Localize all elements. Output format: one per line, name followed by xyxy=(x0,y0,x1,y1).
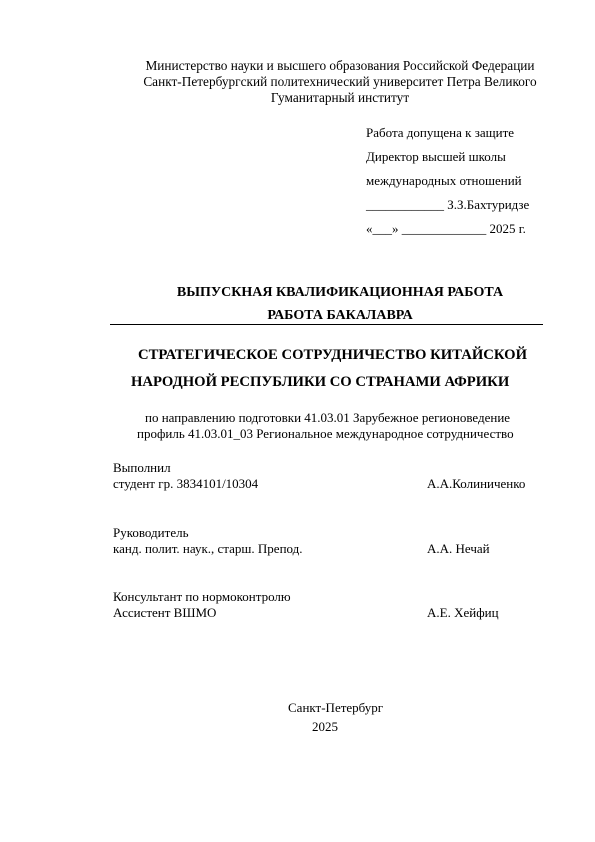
signatory-name: А.А.Колиниченко xyxy=(427,476,525,492)
work-type-title: ВЫПУСКНАЯ КВАЛИФИКАЦИОННАЯ РАБОТА xyxy=(100,284,580,301)
direction-line: по направлению подготовки 41.03.01 Заруб… xyxy=(145,410,510,426)
topic-line-2: НАРОДНОЙ РЕСПУБЛИКИ СО СТРАНАМИ АФРИКИ xyxy=(131,373,509,391)
signatory-role: Руководитель xyxy=(113,525,189,541)
approval-signature: ____________ З.З.Бахтуридзе xyxy=(366,197,529,213)
footer-city: Санкт-Петербург xyxy=(288,700,383,716)
signatory-position: студент гр. 3834101/10304 xyxy=(113,476,258,492)
signatory-name: А.А. Нечай xyxy=(427,541,490,557)
signatory-role: Консультант по нормоконтролю xyxy=(113,589,291,605)
profile-line: профиль 41.03.01_03 Региональное междуна… xyxy=(137,426,514,442)
work-type-subtitle: РАБОТА БАКАЛАВРА xyxy=(100,307,580,324)
signatory-position: Ассистент ВШМО xyxy=(113,605,216,621)
ministry-name: Министерство науки и высшего образования… xyxy=(100,58,580,74)
university-name: Санкт-Петербургский политехнический унив… xyxy=(100,74,580,90)
topic-line-1: СТРАТЕГИЧЕСКОЕ СОТРУДНИЧЕСТВО КИТАЙСКОЙ xyxy=(138,346,527,364)
institute-name: Гуманитарный институт xyxy=(100,90,580,106)
title-divider xyxy=(110,324,543,325)
approval-date: «___» _____________ 2025 г. xyxy=(366,221,526,237)
approval-admitted: Работа допущена к защите xyxy=(366,125,514,141)
footer-year: 2025 xyxy=(312,719,338,735)
approval-director: Директор высшей школы xyxy=(366,149,506,165)
signatory-role: Выполнил xyxy=(113,460,171,476)
signatory-position: канд. полит. наук., старш. Препод. xyxy=(113,541,303,557)
approval-school: международных отношений xyxy=(366,173,522,189)
signatory-name: А.Е. Хейфиц xyxy=(427,605,499,621)
